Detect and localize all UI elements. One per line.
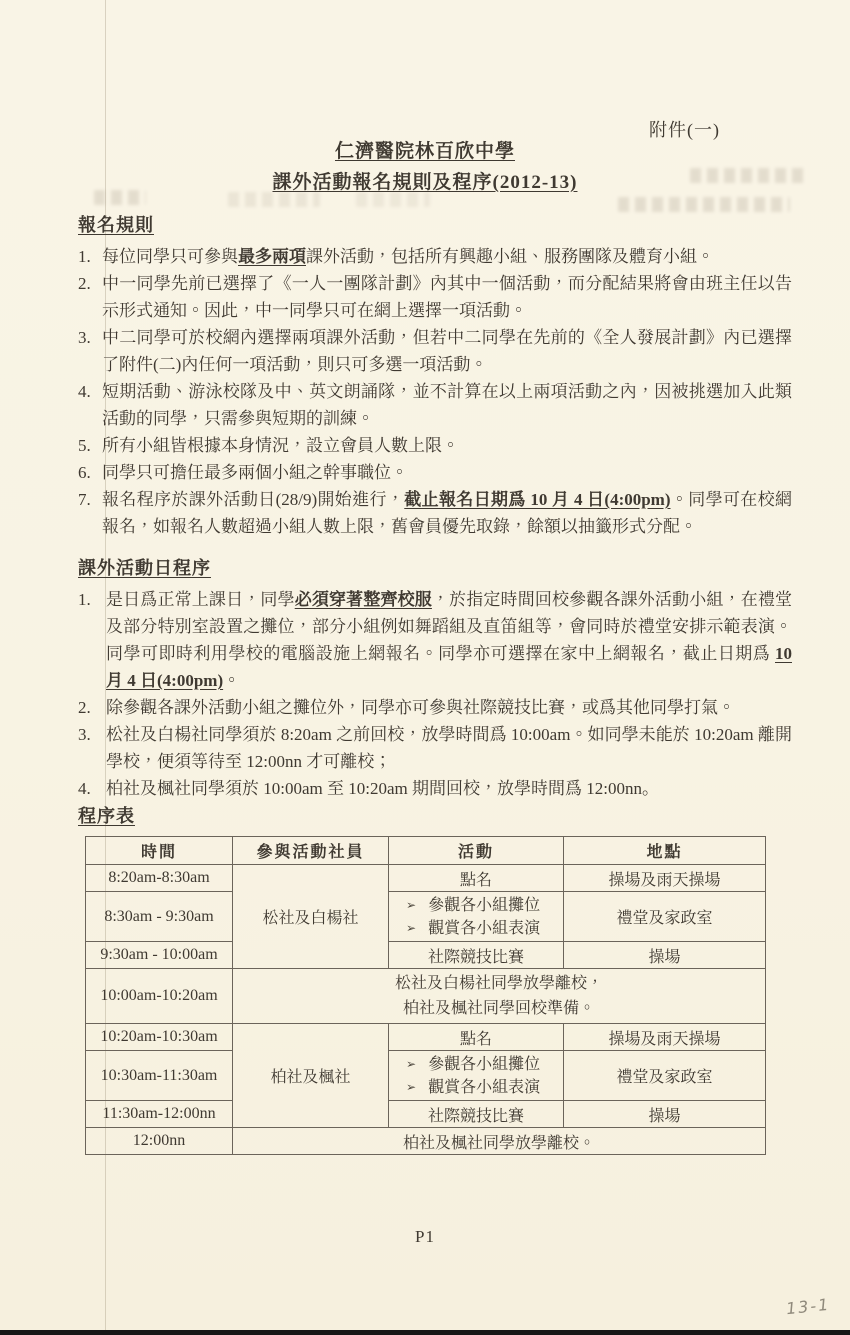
activity-bullet-line: ➢ 參觀各小組攤位 <box>393 894 559 917</box>
table-row: 8:20am-8:30am 松社及白楊社 點名 操場及雨天操場 <box>86 865 766 892</box>
activity-bullet-line: ➢ 觀賞各小組表演 <box>393 1076 559 1099</box>
header-members: 參與活動社員 <box>233 837 389 865</box>
rule-text: 同學只可擔任最多兩個小組之幹事職位。 <box>102 459 792 486</box>
activity-day-list: 1. 是日爲正常上課日，同學必須穿著整齊校服，於指定時間回校參觀各課外活動小組，… <box>78 586 792 802</box>
rule-item: 6. 同學只可擔任最多兩個小組之幹事職位。 <box>78 459 792 486</box>
page-number: P1 <box>0 1227 850 1247</box>
rule-text: 短期活動、游泳校隊及中、英文朗誦隊，並不計算在以上兩項活動之內，因被挑選加入此類… <box>102 378 792 432</box>
table-header-row: 時間 參與活動社員 活動 地點 <box>86 837 766 865</box>
procedure-text: 柏社及楓社同學須於 10:00am 至 10:20am 期間回校，放學時間爲 1… <box>106 775 792 802</box>
rule-item: 3. 中二同學可於校網內選擇兩項課外活動，但若中二同學在先前的《全人發展計劃》內… <box>78 324 792 378</box>
time-cell: 10:00am-10:20am <box>86 969 233 1024</box>
transition-note-cell: 松社及白楊社同學放學離校， 柏社及楓社同學回校準備。 <box>233 969 766 1024</box>
rule-item: 2. 中一同學先前已選擇了《一人一團隊計劃》內其中一個活動，而分配結果將會由班主… <box>78 270 792 324</box>
location-cell: 禮堂及家政室 <box>564 892 766 942</box>
rule-item: 1. 每位同學只可參與最多兩項課外活動，包括所有興趣小組、服務團隊及體育小組。 <box>78 243 792 270</box>
activity-bullet-text: 參觀各小組攤位 <box>428 1053 540 1076</box>
header-activity: 活動 <box>389 837 564 865</box>
rule-text: 每位同學只可參與最多兩項課外活動，包括所有興趣小組、服務團隊及體育小組。 <box>102 243 792 270</box>
members-cell: 柏社及楓社 <box>233 1024 389 1128</box>
table-row: 8:30am - 9:30am ➢ 參觀各小組攤位 ➢ 觀賞各小組表演 禮堂及家… <box>86 892 766 942</box>
arrow-bullet-icon: ➢ <box>406 1053 416 1076</box>
bleed-through-artifact <box>228 192 320 207</box>
schedule-section: 程序表 時間 參與活動社員 活動 地點 8:20am-8:30am 松社及白楊社… <box>78 806 792 1155</box>
rules-list: 1. 每位同學只可參與最多兩項課外活動，包括所有興趣小組、服務團隊及體育小組。 … <box>78 243 792 540</box>
arrow-bullet-icon: ➢ <box>406 917 416 940</box>
time-cell: 8:20am-8:30am <box>86 865 233 892</box>
procedure-text: 是日爲正常上課日，同學必須穿著整齊校服，於指定時間回校參觀各課外活動小組，在禮堂… <box>106 586 792 694</box>
scan-edge <box>0 1330 850 1335</box>
activity-cell: ➢ 參觀各小組攤位 ➢ 觀賞各小組表演 <box>389 1051 564 1101</box>
bleed-through-artifact <box>356 192 430 207</box>
table-row: 10:20am-10:30am 柏社及楓社 點名 操場及雨天操場 <box>86 1024 766 1051</box>
activity-cell: 點名 <box>389 1024 564 1051</box>
final-note-cell: 柏社及楓社同學放學離校。 <box>233 1128 766 1155</box>
rule-text: 所有小組皆根據本身情況，設立會員人數上限。 <box>102 432 792 459</box>
location-cell: 禮堂及家政室 <box>564 1051 766 1101</box>
rule-text: 中二同學可於校網內選擇兩項課外活動，但若中二同學在先前的《全人發展計劃》內已選擇… <box>102 324 792 378</box>
rule-number: 2. <box>78 270 102 324</box>
activity-bullet-text: 參觀各小組攤位 <box>428 894 540 917</box>
location-cell: 操場及雨天操場 <box>564 1024 766 1051</box>
table-row: 10:30am-11:30am ➢ 參觀各小組攤位 ➢ 觀賞各小組表演 禮堂及家… <box>86 1051 766 1101</box>
procedure-number: 2. <box>78 694 106 721</box>
header-location: 地點 <box>564 837 766 865</box>
time-cell: 11:30am-12:00nn <box>86 1101 233 1128</box>
activity-bullet-text: 觀賞各小組表演 <box>428 917 540 940</box>
procedure-text: 松社及白楊社同學須於 8:20am 之前回校，放學時間爲 10:00am。如同學… <box>106 721 792 775</box>
location-cell: 操場 <box>564 1101 766 1128</box>
procedure-item: 1. 是日爲正常上課日，同學必須穿著整齊校服，於指定時間回校參觀各課外活動小組，… <box>78 586 792 694</box>
rule-item: 7. 報名程序於課外活動日(28/9)開始進行，截止報名日期爲 10 月 4 日… <box>78 486 792 540</box>
rule-number: 1. <box>78 243 102 270</box>
activity-cell: 社際競技比賽 <box>389 1101 564 1128</box>
time-cell: 10:30am-11:30am <box>86 1051 233 1101</box>
activity-cell: 點名 <box>389 865 564 892</box>
table-row-final: 12:00nn 柏社及楓社同學放學離校。 <box>86 1128 766 1155</box>
rule-number: 5. <box>78 432 102 459</box>
location-cell: 操場及雨天操場 <box>564 865 766 892</box>
activity-cell: ➢ 參觀各小組攤位 ➢ 觀賞各小組表演 <box>389 892 564 942</box>
transition-note-line: 松社及白楊社同學放學離校， <box>237 971 761 996</box>
time-cell: 9:30am - 10:00am <box>86 942 233 969</box>
rule-number: 7. <box>78 486 102 540</box>
procedure-item: 4. 柏社及楓社同學須於 10:00am 至 10:20am 期間回校，放學時間… <box>78 775 792 802</box>
activity-bullet-text: 觀賞各小組表演 <box>428 1076 540 1099</box>
arrow-bullet-icon: ➢ <box>406 894 416 917</box>
table-row: 9:30am - 10:00am 社際競技比賽 操場 <box>86 942 766 969</box>
rule-item: 5. 所有小組皆根據本身情況，設立會員人數上限。 <box>78 432 792 459</box>
procedure-number: 1. <box>78 586 106 694</box>
header-time: 時間 <box>86 837 233 865</box>
title-block: 仁濟醫院林百欣中學 課外活動報名規則及程序(2012-13) <box>0 141 850 194</box>
activity-day-heading: 課外活動日程序 <box>78 558 211 579</box>
activity-bullet-line: ➢ 參觀各小組攤位 <box>393 1053 559 1076</box>
activity-bullet-line: ➢ 觀賞各小組表演 <box>393 917 559 940</box>
handwritten-note: 13-1 <box>785 1295 831 1319</box>
registration-rules-section: 報名規則 1. 每位同學只可參與最多兩項課外活動，包括所有興趣小組、服務團隊及體… <box>78 215 792 540</box>
rule-item: 4. 短期活動、游泳校隊及中、英文朗誦隊，並不計算在以上兩項活動之內，因被挑選加… <box>78 378 792 432</box>
procedure-number: 3. <box>78 721 106 775</box>
attachment-label: 附件(一) <box>649 116 720 142</box>
time-cell: 8:30am - 9:30am <box>86 892 233 942</box>
rules-heading: 報名規則 <box>78 215 154 236</box>
schedule-table: 時間 參與活動社員 活動 地點 8:20am-8:30am 松社及白楊社 點名 … <box>85 836 766 1155</box>
rule-number: 3. <box>78 324 102 378</box>
activity-day-section: 課外活動日程序 1. 是日爲正常上課日，同學必須穿著整齊校服，於指定時間回校參觀… <box>78 558 792 802</box>
schedule-heading: 程序表 <box>78 806 135 827</box>
transition-note-line: 柏社及楓社同學回校準備。 <box>237 996 761 1021</box>
scanned-document-page: 附件(一) 仁濟醫院林百欣中學 課外活動報名規則及程序(2012-13) 報名規… <box>0 0 850 1335</box>
procedure-text: 除參觀各課外活動小組之攤位外，同學亦可參與社際競技比賽，或爲其他同學打氣。 <box>106 694 792 721</box>
time-cell: 10:20am-10:30am <box>86 1024 233 1051</box>
table-row-transition: 10:00am-10:20am 松社及白楊社同學放學離校， 柏社及楓社同學回校準… <box>86 969 766 1024</box>
procedure-number: 4. <box>78 775 106 802</box>
rule-number: 4. <box>78 378 102 432</box>
rule-text: 報名程序於課外活動日(28/9)開始進行，截止報名日期爲 10 月 4 日(4:… <box>102 486 792 540</box>
procedure-item: 2. 除參觀各課外活動小組之攤位外，同學亦可參與社際競技比賽，或爲其他同學打氣。 <box>78 694 792 721</box>
time-cell: 12:00nn <box>86 1128 233 1155</box>
doc-title: 課外活動報名規則及程序(2012-13) <box>0 172 850 194</box>
bleed-through-artifact <box>618 197 790 212</box>
school-name: 仁濟醫院林百欣中學 <box>0 141 850 163</box>
rule-text: 中一同學先前已選擇了《一人一團隊計劃》內其中一個活動，而分配結果將會由班主任以告… <box>102 270 792 324</box>
members-cell: 松社及白楊社 <box>233 865 389 969</box>
location-cell: 操場 <box>564 942 766 969</box>
table-row: 11:30am-12:00nn 社際競技比賽 操場 <box>86 1101 766 1128</box>
procedure-item: 3. 松社及白楊社同學須於 8:20am 之前回校，放學時間爲 10:00am。… <box>78 721 792 775</box>
arrow-bullet-icon: ➢ <box>406 1076 416 1099</box>
rule-number: 6. <box>78 459 102 486</box>
activity-cell: 社際競技比賽 <box>389 942 564 969</box>
